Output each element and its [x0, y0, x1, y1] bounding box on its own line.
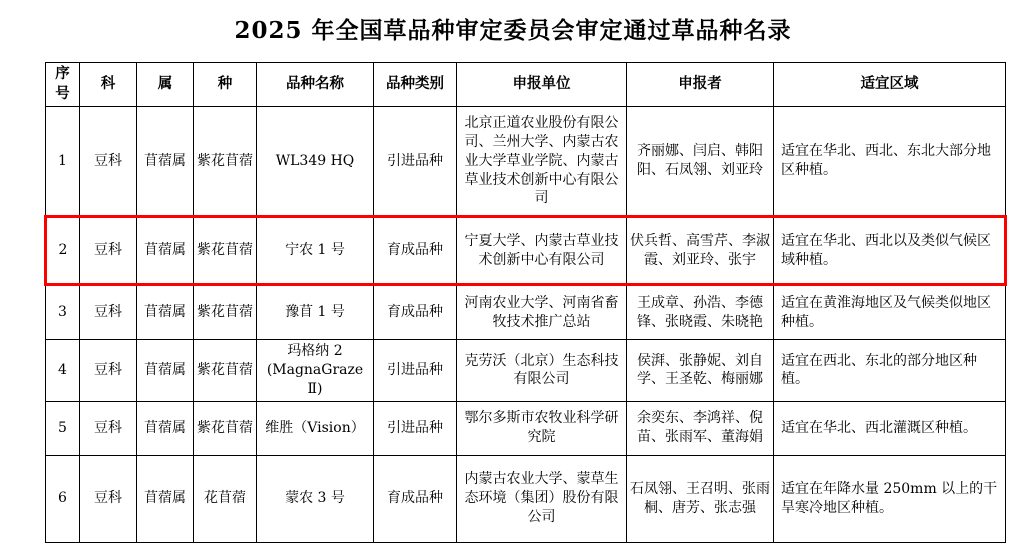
cell-no: 1 — [46, 107, 80, 217]
cell-genus: 苜蓿属 — [137, 340, 194, 402]
page-title: 2025 年全国草品种审定委员会审定通过草品种名录 — [0, 0, 1026, 45]
cell-applicants: 余奕东、李鸿祥、倪苗、张雨军、董海娟 — [627, 401, 774, 455]
cell-family: 豆科 — [80, 340, 137, 402]
cell-genus: 苜蓿属 — [137, 455, 194, 542]
cell-family: 豆科 — [80, 107, 137, 217]
cell-genus: 苜蓿属 — [137, 217, 194, 285]
cell-species: 紫花苜蓿 — [194, 217, 257, 285]
cell-variety-category: 育成品种 — [374, 285, 457, 340]
cell-family: 豆科 — [80, 455, 137, 542]
cell-species: 紫花苜蓿 — [194, 285, 257, 340]
cell-variety-name: 玛格纳 2 (MagnaGraze Ⅱ) — [257, 340, 374, 402]
cell-variety-category: 育成品种 — [374, 455, 457, 542]
cell-applicant-unit: 克劳沃（北京）生态科技有限公司 — [457, 340, 627, 402]
cell-variety-category: 引进品种 — [374, 401, 457, 455]
cell-species: 紫花苜蓿 — [194, 107, 257, 217]
cell-genus: 苜蓿属 — [137, 285, 194, 340]
cell-applicants: 侯湃、张静妮、刘自学、王圣乾、梅丽娜 — [627, 340, 774, 402]
cell-suitable-region: 适宜在华北、西北、东北大部分地区种植。 — [774, 107, 1006, 217]
cell-variety-category: 引进品种 — [374, 107, 457, 217]
cell-variety-name: WL349 HQ — [257, 107, 374, 217]
document-page: 2025 年全国草品种审定委员会审定通过草品种名录 序号 科 属 种 品种名称 … — [0, 0, 1026, 557]
cell-applicants: 石凤翎、王召明、张雨桐、唐芳、张志强 — [627, 455, 774, 542]
cell-no: 4 — [46, 340, 80, 402]
table-row: 3 豆科 苜蓿属 紫花苜蓿 豫苜 1 号 育成品种 河南农业大学、河南省畜牧技术… — [46, 285, 1006, 340]
cell-variety-name: 维胜（Vision） — [257, 401, 374, 455]
cell-applicant-unit: 宁夏大学、内蒙古草业技术创新中心有限公司 — [457, 217, 627, 285]
cell-suitable-region: 适宜在华北、西北以及类似气候区域种植。 — [774, 217, 1006, 285]
cell-suitable-region: 适宜在西北、东北的部分地区种植。 — [774, 340, 1006, 402]
cell-applicant-unit: 内蒙古农业大学、蒙草生态环境（集团）股份有限公司 — [457, 455, 627, 542]
cell-variety-name: 豫苜 1 号 — [257, 285, 374, 340]
cell-no: 2 — [46, 217, 80, 285]
cell-no: 6 — [46, 455, 80, 542]
cell-applicant-unit: 北京正道农业股份有限公司、兰州大学、内蒙古农业大学草业学院、内蒙古草业技术创新中… — [457, 107, 627, 217]
table-row: 6 豆科 苜蓿属 花苜蓿 蒙农 3 号 育成品种 内蒙古农业大学、蒙草生态环境（… — [46, 455, 1006, 542]
cell-genus: 苜蓿属 — [137, 401, 194, 455]
cell-applicants: 伏兵哲、高雪芹、李淑霞、刘亚玲、张宇 — [627, 217, 774, 285]
cell-variety-category: 引进品种 — [374, 340, 457, 402]
header-variety-category: 品种类别 — [374, 63, 457, 107]
table-row: 1 豆科 苜蓿属 紫花苜蓿 WL349 HQ 引进品种 北京正道农业股份有限公司… — [46, 107, 1006, 217]
cell-species: 紫花苜蓿 — [194, 401, 257, 455]
cell-applicants: 王成章、孙浩、李德锋、张晓霞、朱晓艳 — [627, 285, 774, 340]
cell-no: 5 — [46, 401, 80, 455]
cell-species: 花苜蓿 — [194, 455, 257, 542]
header-species: 种 — [194, 63, 257, 107]
cell-family: 豆科 — [80, 285, 137, 340]
cell-applicant-unit: 鄂尔多斯市农牧业科学研究院 — [457, 401, 627, 455]
table-row: 4 豆科 苜蓿属 紫花苜蓿 玛格纳 2 (MagnaGraze Ⅱ) 引进品种 … — [46, 340, 1006, 402]
header-applicants: 申报者 — [627, 63, 774, 107]
cell-variety-name: 蒙农 3 号 — [257, 455, 374, 542]
cell-applicants: 齐丽娜、闫启、韩阳阳、石凤翎、刘亚玲 — [627, 107, 774, 217]
cell-species: 紫花苜蓿 — [194, 340, 257, 402]
variety-table: 序号 科 属 种 品种名称 品种类别 申报单位 申报者 适宜区域 1 豆科 苜蓿… — [44, 62, 1007, 543]
table-row: 5 豆科 苜蓿属 紫花苜蓿 维胜（Vision） 引进品种 鄂尔多斯市农牧业科学… — [46, 401, 1006, 455]
header-genus: 属 — [137, 63, 194, 107]
header-no: 序号 — [46, 63, 80, 107]
table-header-row: 序号 科 属 种 品种名称 品种类别 申报单位 申报者 适宜区域 — [46, 63, 1006, 107]
cell-variety-name: 宁农 1 号 — [257, 217, 374, 285]
header-suitable-region: 适宜区域 — [774, 63, 1006, 107]
cell-family: 豆科 — [80, 401, 137, 455]
header-variety-name: 品种名称 — [257, 63, 374, 107]
cell-suitable-region: 适宜在年降水量 250mm 以上的干旱寒冷地区种植。 — [774, 455, 1006, 542]
header-applicant-unit: 申报单位 — [457, 63, 627, 107]
cell-variety-category: 育成品种 — [374, 217, 457, 285]
cell-genus: 苜蓿属 — [137, 107, 194, 217]
cell-applicant-unit: 河南农业大学、河南省畜牧技术推广总站 — [457, 285, 627, 340]
cell-no: 3 — [46, 285, 80, 340]
cell-suitable-region: 适宜在黄淮海地区及气候类似地区种植。 — [774, 285, 1006, 340]
table-row-highlighted: 2 豆科 苜蓿属 紫花苜蓿 宁农 1 号 育成品种 宁夏大学、内蒙古草业技术创新… — [46, 217, 1006, 285]
cell-suitable-region: 适宜在华北、西北灌溉区种植。 — [774, 401, 1006, 455]
cell-family: 豆科 — [80, 217, 137, 285]
header-family: 科 — [80, 63, 137, 107]
